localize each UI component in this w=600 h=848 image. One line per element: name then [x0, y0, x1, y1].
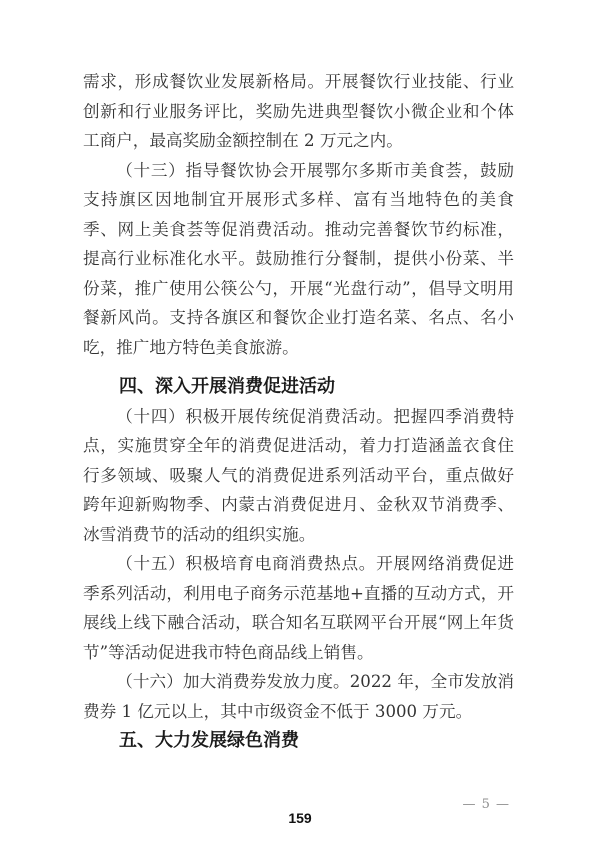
paragraph-item-14: （十四）积极开展传统促消费活动。把握四季消费特点，实施贯穿全年的消费促进活动，着…	[83, 402, 514, 550]
paragraph-item-13: （十三）指导餐饮协会开展鄂尔多斯市美食荟，鼓励支持旗区因地制宜开展形式多样、富有…	[83, 156, 514, 363]
section-heading-5: 五、大力发展绿色消费	[83, 726, 514, 756]
paragraph-continuation: 需求，形成餐饮业发展新格局。开展餐饮行业技能、行业创新和行业服务评比，奖励先进典…	[83, 67, 514, 156]
paragraph-item-16: （十六）加大消费券发放力度。2022 年，全市发放消费券 1 亿元以上，其中市级…	[83, 667, 514, 726]
document-page: 需求，形成餐饮业发展新格局。开展餐饮行业技能、行业创新和行业服务评比，奖励先进典…	[0, 0, 600, 848]
page-number: 159	[288, 810, 311, 827]
folio-marker: — 5 —	[462, 797, 510, 813]
section-heading-4: 四、深入开展消费促进活动	[83, 372, 514, 402]
paragraph-item-15: （十五）积极培育电商消费热点。开展网络消费促进季系列活动，利用电子商务示范基地+…	[83, 549, 514, 667]
document-body: 需求，形成餐饮业发展新格局。开展餐饮行业技能、行业创新和行业服务评比，奖励先进典…	[83, 67, 514, 756]
